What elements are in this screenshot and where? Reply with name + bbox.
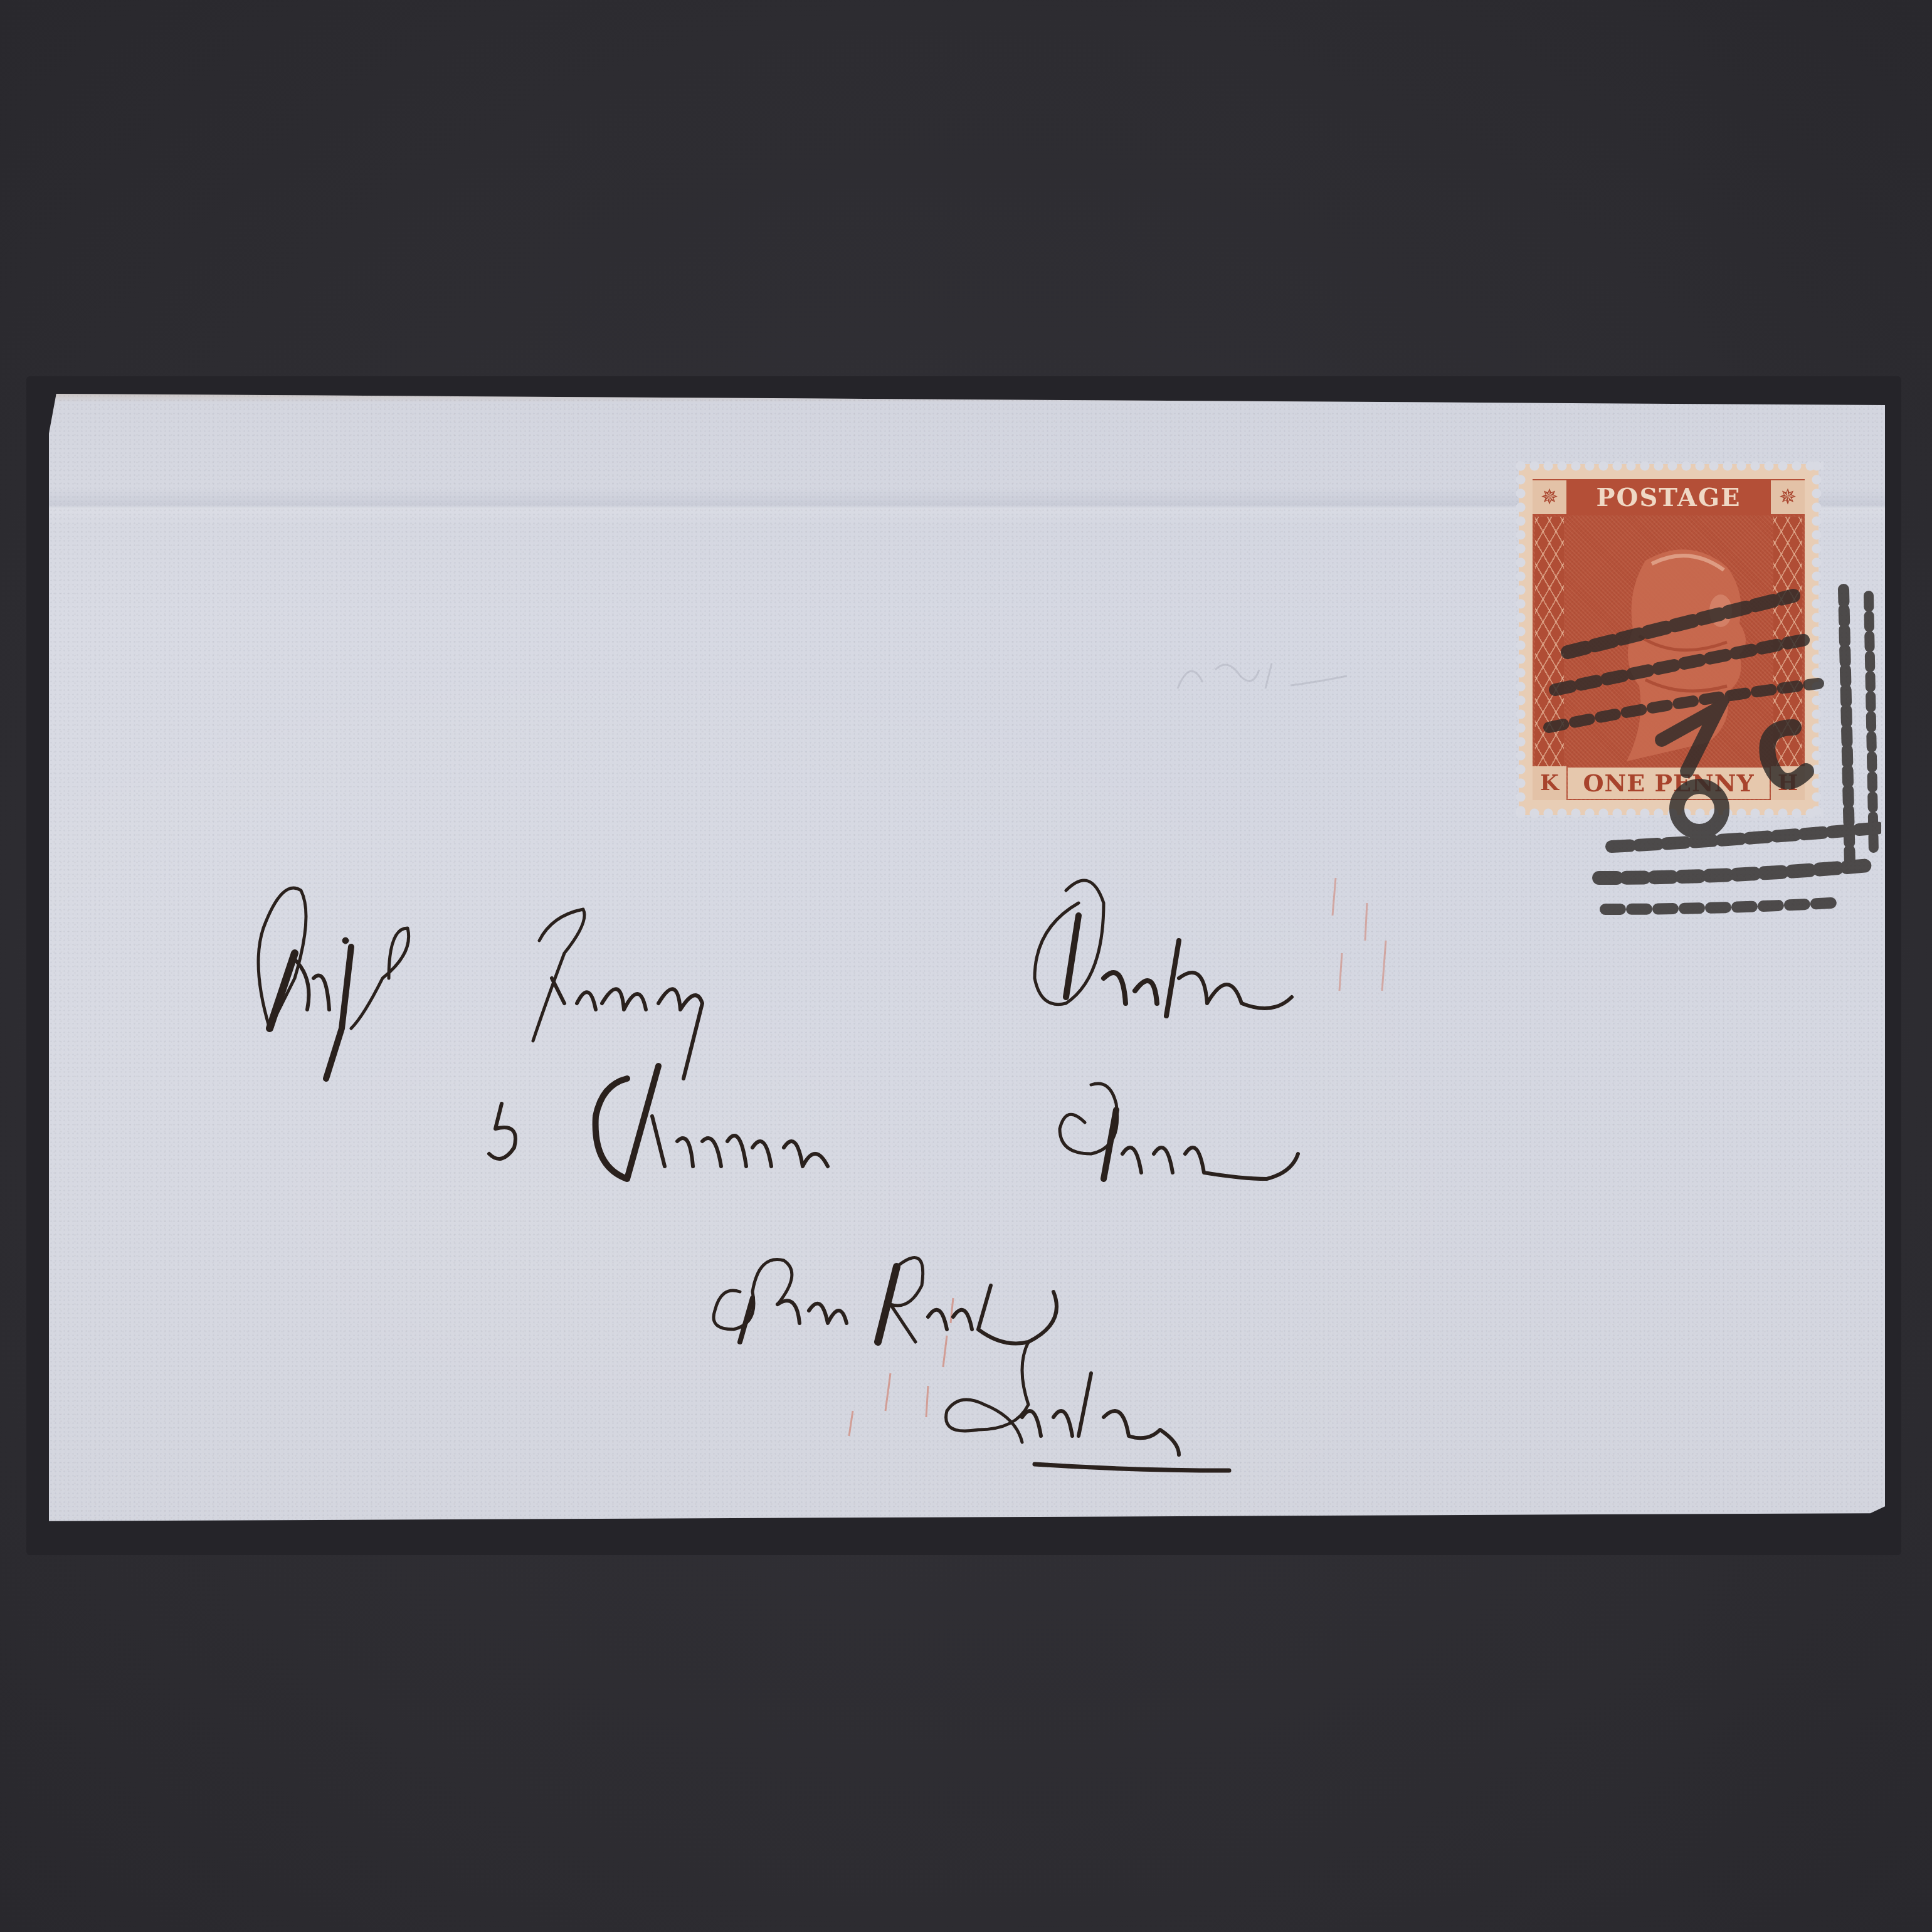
- stamp-value-label: ONE PENNY: [1568, 768, 1770, 799]
- star-ornament-icon: ✵: [1771, 480, 1805, 514]
- address-line-recipient: Miss Fanny Dalton: [251, 916, 962, 1003]
- stamp-corner-letter-left: K: [1533, 766, 1566, 800]
- stamp-side-lattice: [1773, 517, 1802, 768]
- star-ornament-icon: ✵: [1533, 480, 1566, 514]
- stamp-corner-letter-right: H: [1771, 766, 1805, 800]
- pencil-mark: [1165, 651, 1353, 701]
- queen-portrait-icon: [1602, 536, 1758, 761]
- postage-stamp: ✵ ✵ POSTAGE K ONE PENNY H: [1519, 464, 1819, 815]
- address-line-city: London: [941, 1367, 1227, 1454]
- address-line-road: Bow Road: [715, 1254, 1099, 1341]
- address-line-street: 5 Clarendon Place: [489, 1079, 1188, 1166]
- stamp-design: ✵ ✵ POSTAGE K ONE PENNY H: [1533, 479, 1805, 800]
- stamp-postage-label: POSTAGE: [1570, 483, 1767, 513]
- stamp-side-lattice: [1535, 517, 1564, 768]
